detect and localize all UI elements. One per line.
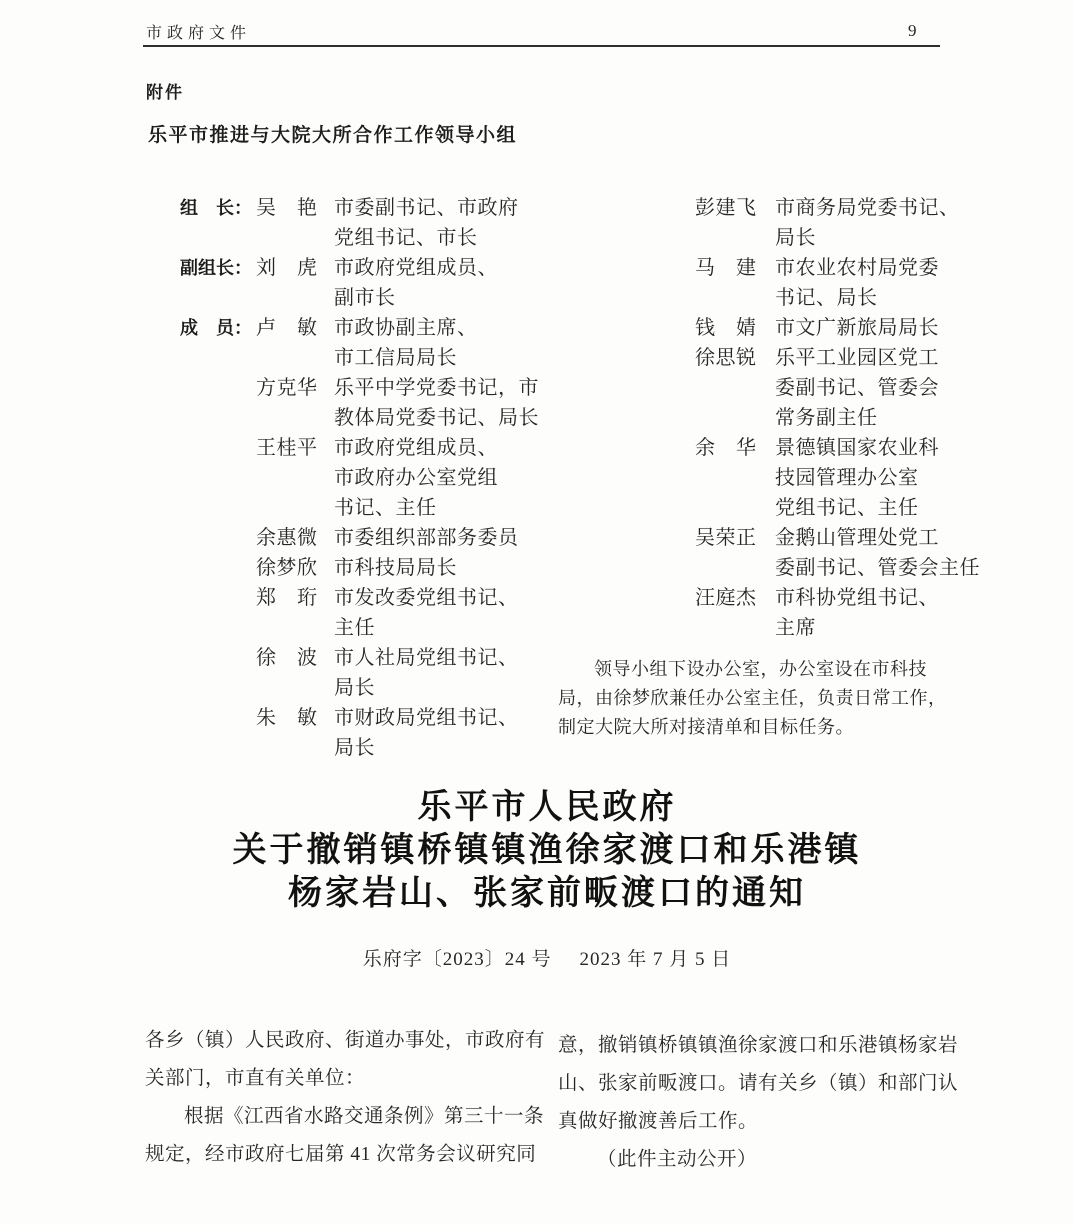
roster-title-line: 市财政局党组书记、: [334, 703, 548, 733]
document-number-line: 乐府字〔2023〕24 号2023 年 7 月 5 日: [10, 944, 1074, 971]
roster-title-line: 市委副书记、市政府: [334, 193, 548, 223]
notice-title-line: 杨家岩山、张家前畈渡口的通知: [10, 872, 1074, 915]
roster-title-line: 市政协副主席、: [334, 313, 548, 343]
document-date: 2023 年 7 月 5 日: [580, 949, 732, 970]
roster-title-line: 副市长: [334, 283, 548, 313]
roster-entry: 徐思锐乐平工业园区党工委副书记、管委会常务副主任: [695, 343, 958, 433]
roster-title-line: 市农业农村局党委: [775, 253, 958, 283]
roster-member-title: 市委副书记、市政府党组书记、市长: [334, 193, 548, 253]
roster-member-title: 市人社局党组书记、局长: [334, 643, 548, 703]
roster-title-line: 局长: [775, 223, 958, 253]
header-doc-type-label: 市政府文件: [146, 20, 251, 43]
roster-entry: 徐 波市人社局党组书记、局长: [180, 643, 548, 703]
roster-entry: 徐梦欣市科技局局长: [180, 553, 548, 583]
body-right-column: 意，撤销镇桥镇镇渔徐家渡口和乐港镇杨家岩山、张家前畈渡口。请有关乡（镇）和部门认…: [558, 1027, 960, 1179]
roster-title-line: 金鹅山管理处党工: [775, 523, 958, 553]
roster-title-line: 市发改委党组书记、: [334, 583, 548, 613]
notice-title-line: 乐平市人民政府: [10, 786, 1074, 829]
roster-title-line: 市科技局局长: [334, 553, 548, 583]
roster-member-name: 余 华: [695, 433, 775, 523]
roster-title-line: 局长: [334, 733, 548, 763]
roster-title-line: 书记、局长: [775, 283, 958, 313]
roster-member-title: 市文广新旅局局长: [775, 313, 958, 343]
body-text-line: 规定，经市政府七届第 41 次常务会议研究同: [145, 1136, 547, 1174]
roster-member-name: 马 建: [695, 253, 775, 313]
roster-member-name: 王桂平: [256, 433, 334, 523]
roster-member-name: 徐 波: [256, 643, 334, 703]
roster-member-name: 彭建飞: [695, 193, 775, 253]
body-text-line: 各乡（镇）人民政府、街道办事处，市政府有: [145, 1022, 547, 1060]
roster-title-line: 委副书记、管委会主任: [775, 553, 958, 583]
roster-entry: 朱 敏市财政局党组书记、局长: [180, 703, 548, 763]
roster-entry: 郑 珩市发改委党组书记、主任: [180, 583, 548, 643]
roster-title-line: 市文广新旅局局长: [775, 313, 958, 343]
roster-member-name: 刘 虎: [256, 253, 334, 313]
roster-title-line: 市政府党组成员、: [334, 433, 548, 463]
body-left-column: 各乡（镇）人民政府、街道办事处，市政府有关部门，市直有关单位：根据《江西省水路交…: [145, 1022, 547, 1174]
notice-title-line: 关于撤销镇桥镇镇渔徐家渡口和乐港镇: [10, 829, 1074, 872]
roster-entry: 吴荣正金鹅山管理处党工委副书记、管委会主任: [695, 523, 958, 583]
roster-member-name: 郑 珩: [256, 583, 334, 643]
roster-role-label: [180, 703, 256, 763]
roster-title-line: 市人社局党组书记、: [334, 643, 548, 673]
roster-member-title: 市科技局局长: [334, 553, 548, 583]
document-number: 乐府字〔2023〕24 号: [363, 949, 552, 970]
roster-role-label: [180, 643, 256, 703]
document-page: 市政府文件 9 附件 乐平市推进与大院大所合作工作领导小组 组 长：吴 艳市委副…: [0, 0, 1074, 1224]
roster-title-line: 乐平工业园区党工: [775, 343, 958, 373]
roster-right-column: 彭建飞市商务局党委书记、局长马 建市农业农村局党委书记、局长钱 婧市文广新旅局局…: [558, 193, 958, 742]
roster-title-line: 乐平中学党委书记，市: [334, 373, 548, 403]
roster-entry: 余惠微市委组织部部务委员: [180, 523, 548, 553]
roster-entry: 方克华乐平中学党委书记，市教体局党委书记、局长: [180, 373, 548, 433]
roster-member-title: 乐平中学党委书记，市教体局党委书记、局长: [334, 373, 548, 433]
body-text-line: 山、张家前畈渡口。请有关乡（镇）和部门认: [558, 1065, 960, 1103]
roster-member-title: 景德镇国家农业科技园管理办公室党组书记、主任: [775, 433, 958, 523]
roster-title-line: 市委组织部部务委员: [334, 523, 548, 553]
office-note-line: 局，由徐梦欣兼任办公室主任，负责日常工作，: [558, 684, 958, 713]
roster-role-label: [180, 373, 256, 433]
roster-role-label: 副组长：: [180, 253, 256, 313]
roster-member-name: 朱 敏: [256, 703, 334, 763]
roster-title-line: 书记、主任: [334, 493, 548, 523]
header-rule: [143, 45, 940, 47]
roster-entry: 组 长：吴 艳市委副书记、市政府党组书记、市长: [180, 193, 548, 253]
roster-member-name: 徐梦欣: [256, 553, 334, 583]
office-note-paragraph: 领导小组下设办公室，办公室设在市科技局，由徐梦欣兼任办公室主任，负责日常工作，制…: [558, 655, 958, 742]
roster-member-title: 乐平工业园区党工委副书记、管委会常务副主任: [775, 343, 958, 433]
roster-member-title: 市商务局党委书记、局长: [775, 193, 958, 253]
office-note-line: 制定大院大所对接清单和目标任务。: [558, 713, 958, 742]
attachment-label: 附件: [146, 78, 184, 103]
body-text-line: 意，撤销镇桥镇镇渔徐家渡口和乐港镇杨家岩: [558, 1027, 960, 1065]
body-text-line: 根据《江西省水路交通条例》第三十一条: [145, 1098, 547, 1136]
roster-title-line: 党组书记、市长: [334, 223, 548, 253]
roster-title-line: 委副书记、管委会: [775, 373, 958, 403]
roster-entry: 王桂平市政府党组成员、市政府办公室党组书记、主任: [180, 433, 548, 523]
roster-member-name: 吴荣正: [695, 523, 775, 583]
roster-entry: 成 员：卢 敏市政协副主席、市工信局局长: [180, 313, 548, 373]
roster-member-title: 市财政局党组书记、局长: [334, 703, 548, 763]
roster-member-title: 市政府党组成员、市政府办公室党组书记、主任: [334, 433, 548, 523]
body-text-line: （此件主动公开）: [558, 1141, 960, 1179]
roster-title-line: 教体局党委书记、局长: [334, 403, 548, 433]
roster-member-name: 徐思锐: [695, 343, 775, 433]
roster-entry: 马 建市农业农村局党委书记、局长: [695, 253, 958, 313]
roster-title-line: 市商务局党委书记、: [775, 193, 958, 223]
roster-title-line: 市政府党组成员、: [334, 253, 548, 283]
roster-member-title: 金鹅山管理处党工委副书记、管委会主任: [775, 523, 958, 583]
roster-member-name: 余惠微: [256, 523, 334, 553]
roster-role-label: [180, 433, 256, 523]
roster-left-column: 组 长：吴 艳市委副书记、市政府党组书记、市长副组长：刘 虎市政府党组成员、副市…: [180, 193, 548, 763]
roster-member-name: 卢 敏: [256, 313, 334, 373]
roster-entry: 彭建飞市商务局党委书记、局长: [695, 193, 958, 253]
roster-member-name: 方克华: [256, 373, 334, 433]
roster-title-line: 常务副主任: [775, 403, 958, 433]
roster-title-line: 市工信局局长: [334, 343, 548, 373]
roster-member-name: 汪庭杰: [695, 583, 775, 643]
page-number: 9: [908, 21, 917, 41]
roster-title-line: 局长: [334, 673, 548, 703]
roster-member-title: 市科协党组书记、主席: [775, 583, 958, 643]
roster-title-line: 党组书记、主任: [775, 493, 958, 523]
roster-title-line: 市政府办公室党组: [334, 463, 548, 493]
roster-role-label: 成 员：: [180, 313, 256, 373]
leading-group-title: 乐平市推进与大院大所合作工作领导小组: [148, 120, 517, 147]
body-text-line: 真做好撤渡善后工作。: [558, 1103, 960, 1141]
roster-role-label: [180, 583, 256, 643]
roster-member-name: 钱 婧: [695, 313, 775, 343]
roster-entry: 汪庭杰市科协党组书记、主席: [695, 583, 958, 643]
notice-title: 乐平市人民政府关于撤销镇桥镇镇渔徐家渡口和乐港镇杨家岩山、张家前畈渡口的通知: [10, 786, 1074, 915]
roster-member-title: 市农业农村局党委书记、局长: [775, 253, 958, 313]
roster-title-line: 景德镇国家农业科: [775, 433, 958, 463]
body-text-line: 关部门，市直有关单位：: [145, 1060, 547, 1098]
roster-member-title: 市政府党组成员、副市长: [334, 253, 548, 313]
roster-title-line: 技园管理办公室: [775, 463, 958, 493]
roster-entry: 钱 婧市文广新旅局局长: [695, 313, 958, 343]
roster-role-label: [180, 523, 256, 553]
roster-role-label: 组 长：: [180, 193, 256, 253]
roster-member-title: 市委组织部部务委员: [334, 523, 548, 553]
roster-entry: 余 华景德镇国家农业科技园管理办公室党组书记、主任: [695, 433, 958, 523]
roster-member-title: 市政协副主席、市工信局局长: [334, 313, 548, 373]
roster-title-line: 主席: [775, 613, 958, 643]
roster-title-line: 市科协党组书记、: [775, 583, 958, 613]
office-note-line: 领导小组下设办公室，办公室设在市科技: [558, 655, 958, 684]
roster-title-line: 主任: [334, 613, 548, 643]
roster-member-name: 吴 艳: [256, 193, 334, 253]
roster-role-label: [180, 553, 256, 583]
roster-entry: 副组长：刘 虎市政府党组成员、副市长: [180, 253, 548, 313]
roster-member-title: 市发改委党组书记、主任: [334, 583, 548, 643]
